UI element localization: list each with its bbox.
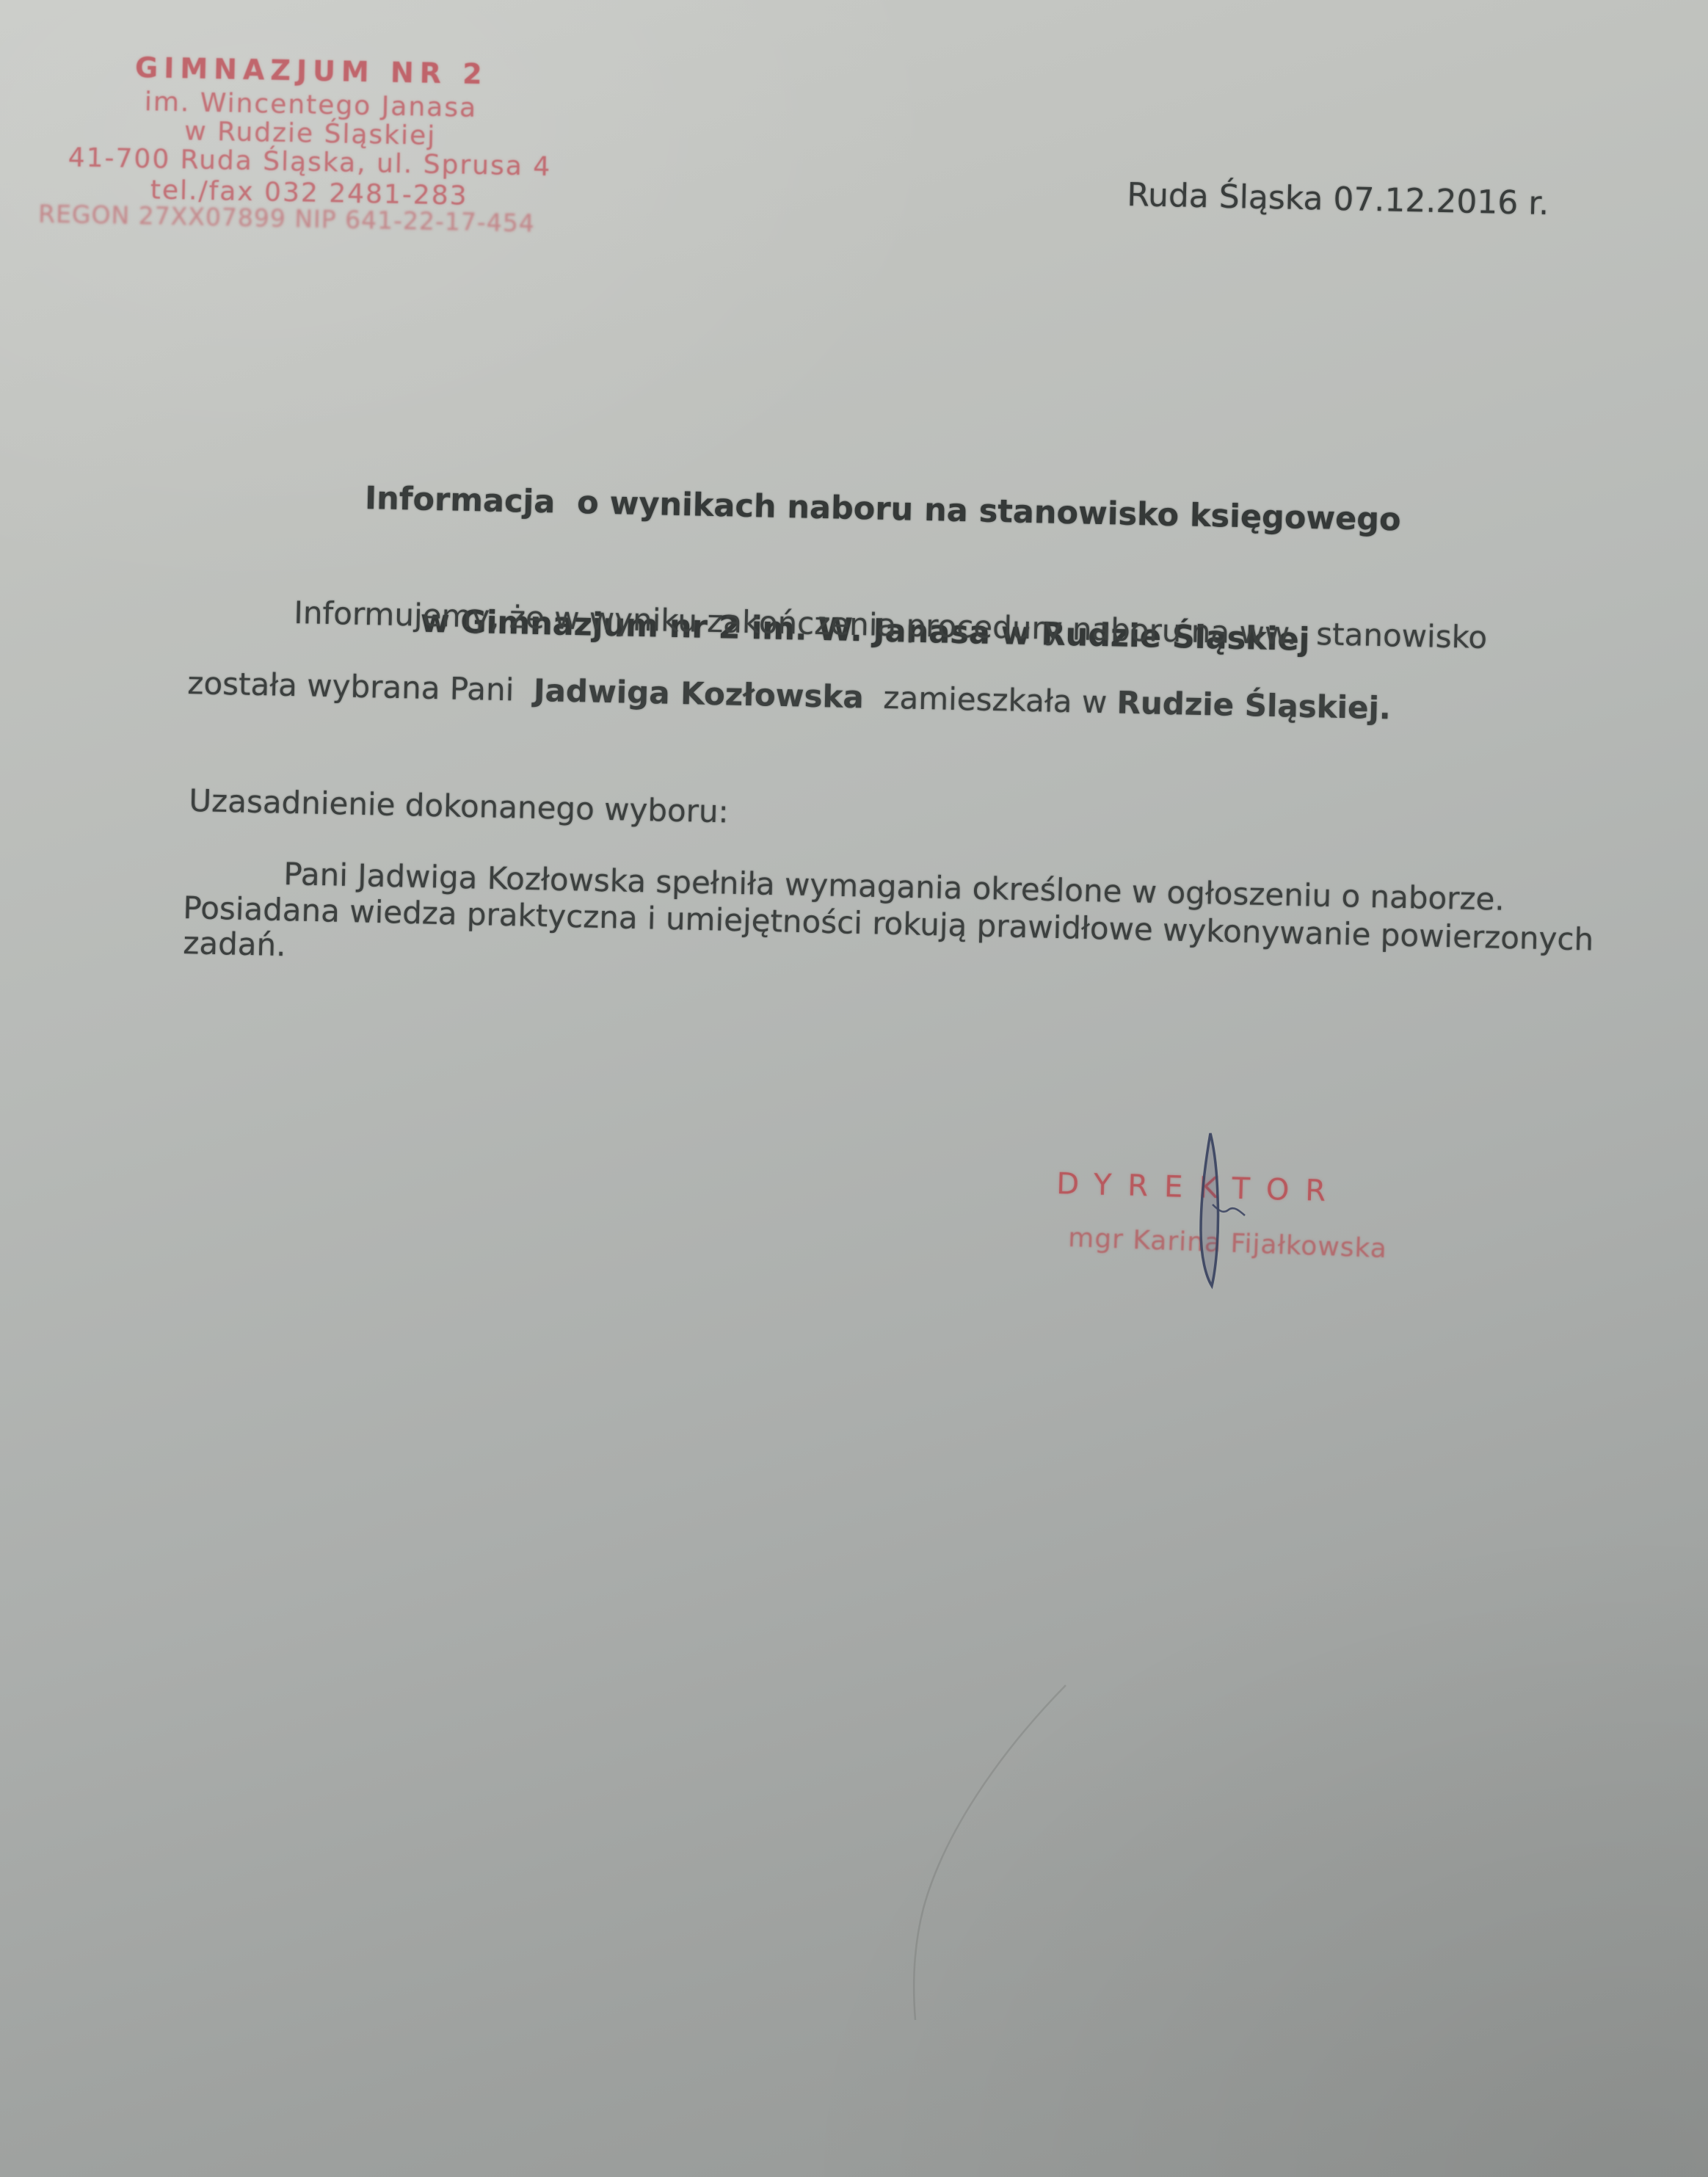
emphasis-text: Jadwiga Kozłowska <box>533 672 864 715</box>
lighting-overlay <box>0 0 1708 2177</box>
director-name-stamp: mgr Karina Fijałkowska <box>1068 1223 1388 1264</box>
pen-signature-loop <box>1201 1133 1218 1286</box>
overlay-marks <box>0 0 1708 2177</box>
pen-signature-squiggle <box>1213 1204 1245 1215</box>
emphasis-text: Rudzie Śląskiej. <box>1116 685 1391 727</box>
director-role-stamp: DYREKTOR <box>1056 1167 1342 1209</box>
title-line-1: Informacja o wynikach naboru na stanowis… <box>365 474 1371 544</box>
school-header-stamp: GIMNAZJUM NR 2 im. Wincentego Janasa w R… <box>55 44 565 252</box>
paper-crease-line <box>914 1685 1066 2020</box>
justification-line-3: zadań. <box>183 925 286 963</box>
plain-text: została wybrana Pani <box>187 665 534 708</box>
justification-heading: Uzasadnienie dokonanego wyboru: <box>189 782 729 829</box>
stamp-school-name: GIMNAZJUM NR 2 <box>58 50 565 92</box>
date-line: Ruda Śląska 07.12.2016 r. <box>1127 176 1549 222</box>
paper-sheet: GIMNAZJUM NR 2 im. Wincentego Janasa w R… <box>0 0 1708 2177</box>
plain-text: zamieszkała w <box>863 679 1117 720</box>
